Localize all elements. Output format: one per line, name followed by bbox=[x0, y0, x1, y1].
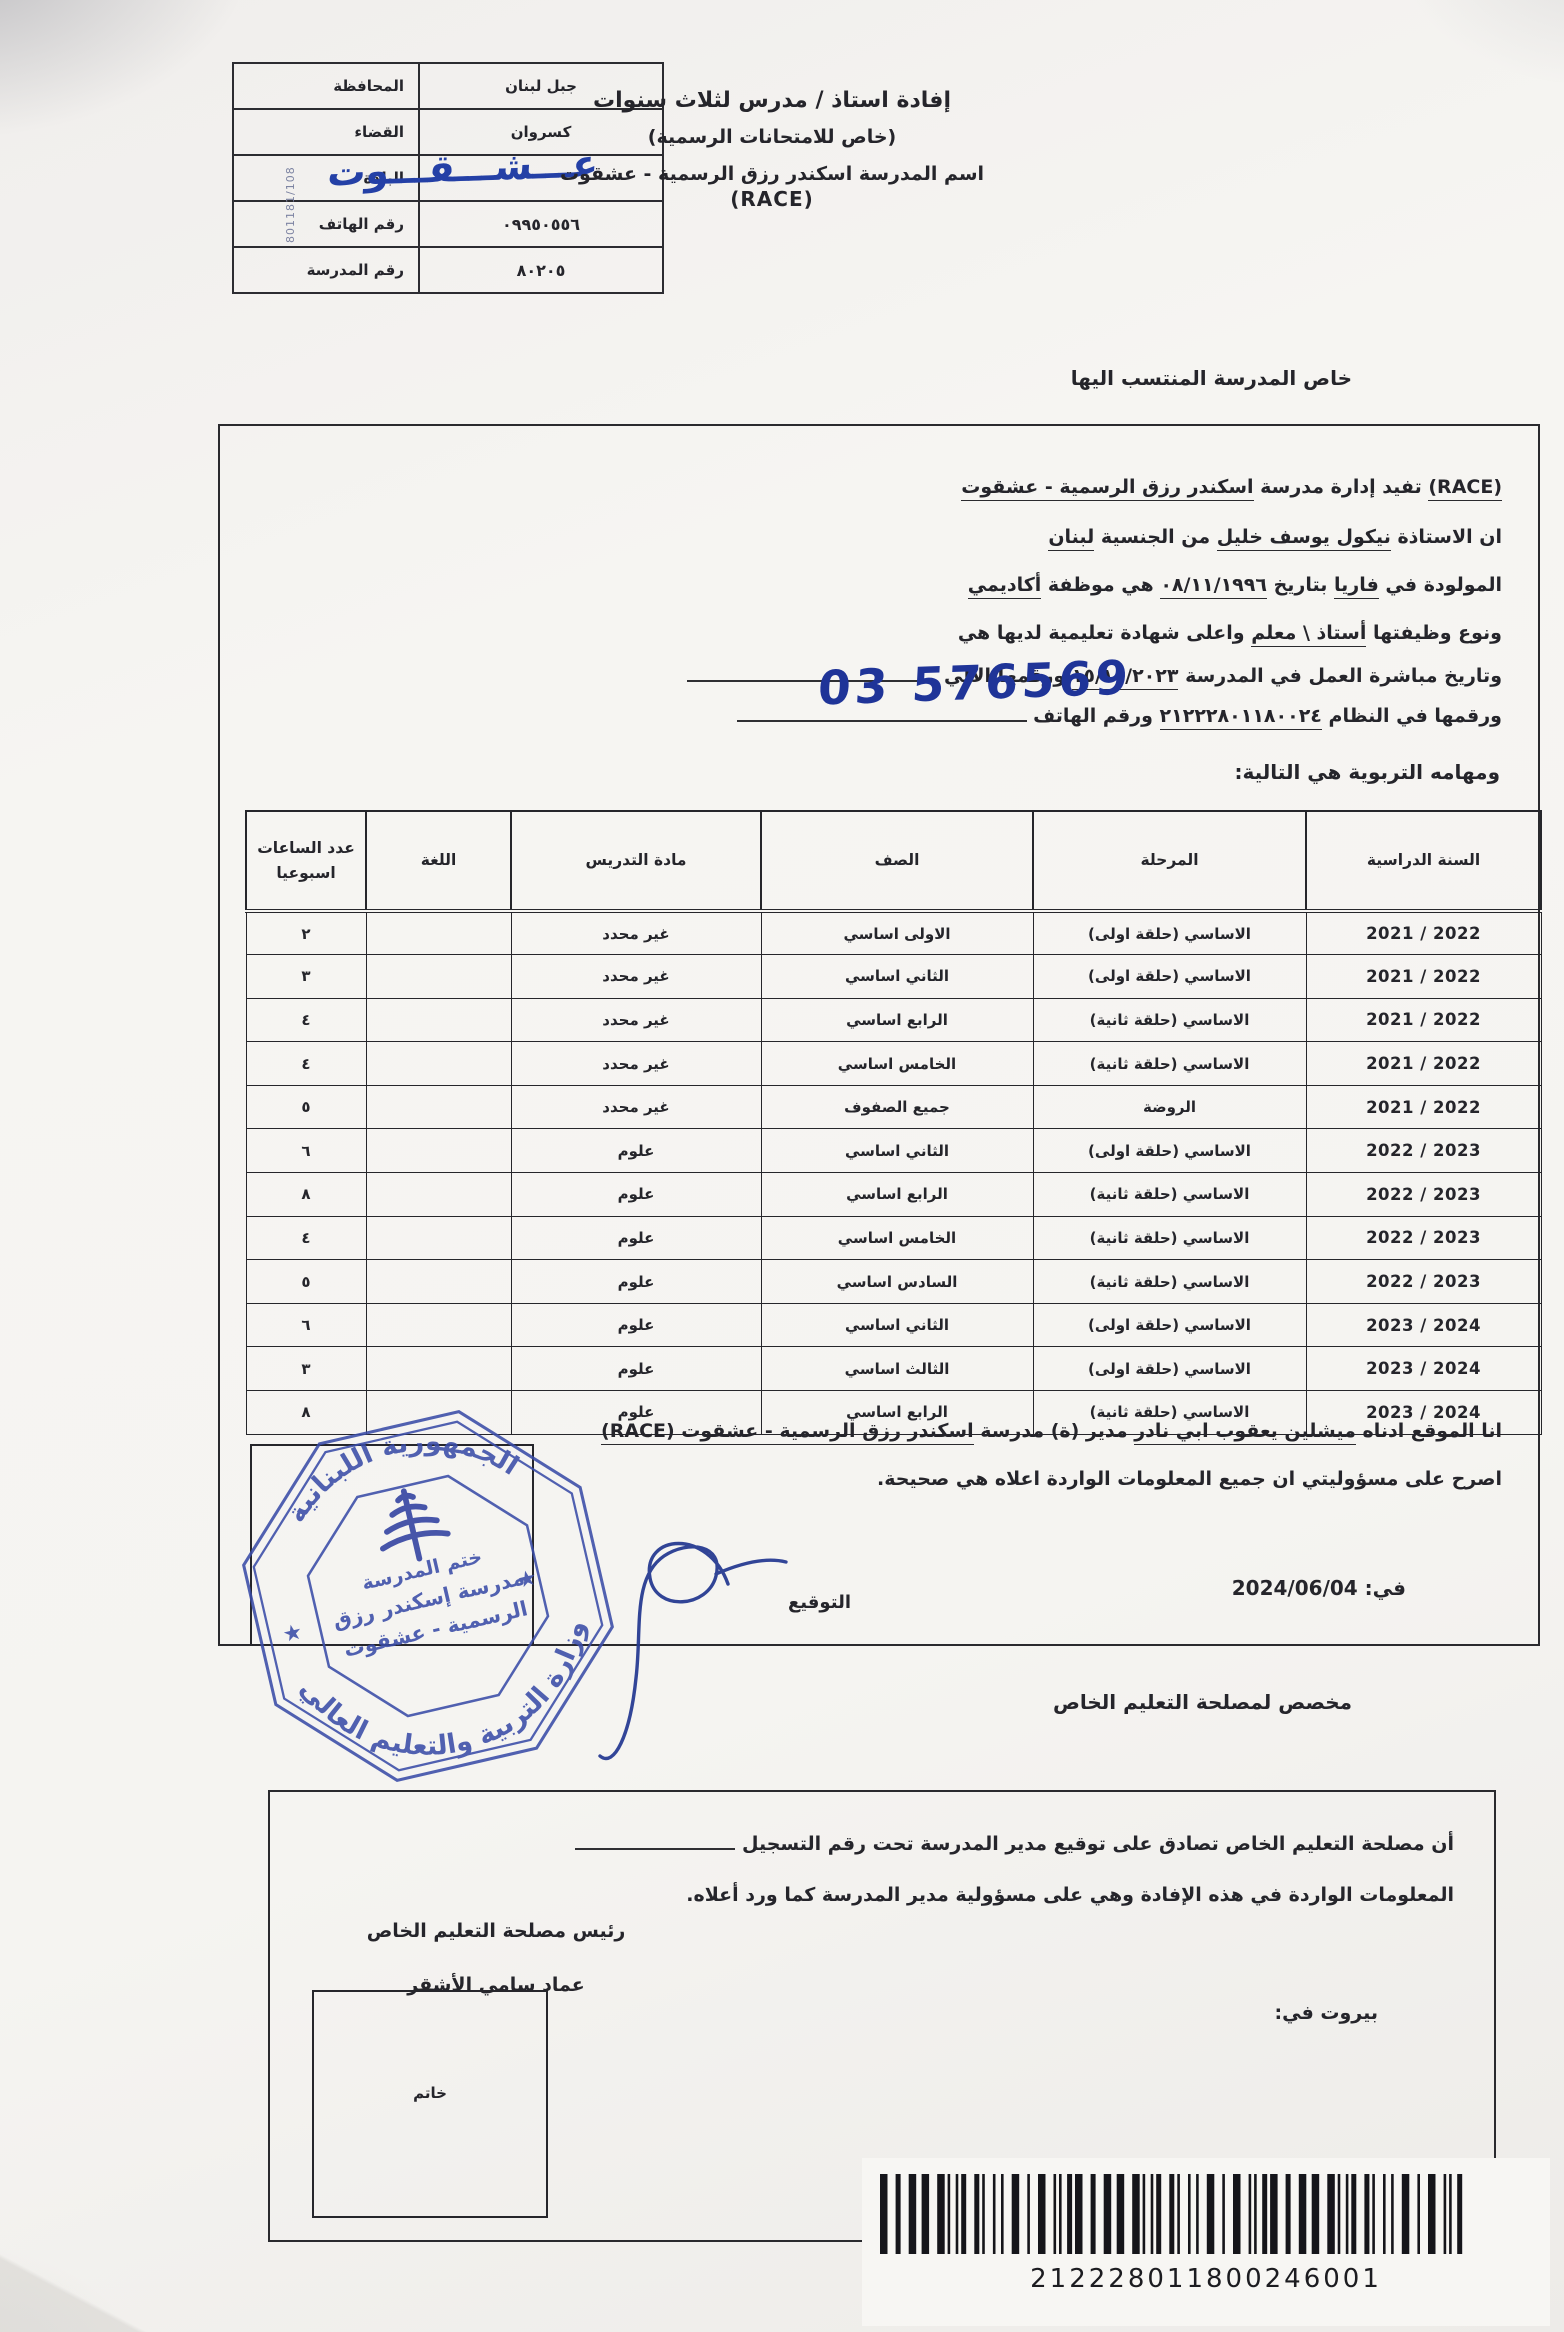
race-acronym: (RACE) bbox=[1428, 476, 1502, 501]
certificate-text: ورقمها في النظام bbox=[1322, 705, 1502, 727]
table-cell: ٤ bbox=[246, 1216, 366, 1260]
header-subject: مادة التدريس bbox=[511, 811, 761, 911]
table-cell: ٦ bbox=[246, 1129, 366, 1173]
duties-table: السنة الدراسية المرحلة الصف مادة التدريس… bbox=[245, 810, 1542, 1435]
table-cell: الخامس اساسي bbox=[761, 1216, 1033, 1260]
info-label: رقم الهاتف bbox=[233, 201, 419, 247]
table-cell: الاساسي (حلقة اولى) bbox=[1033, 1129, 1306, 1173]
table-cell: ٤ bbox=[246, 1042, 366, 1086]
table-cell: ٤ bbox=[246, 998, 366, 1042]
table-cell: السادس اساسي bbox=[761, 1260, 1033, 1304]
table-cell bbox=[366, 1260, 511, 1304]
header-stage: المرحلة bbox=[1033, 811, 1306, 911]
private-education-heading: مخصص لمصلحة التعليم الخاص bbox=[1053, 1690, 1352, 1714]
table-cell: غير محدد bbox=[511, 955, 761, 999]
system-number: ٢١٢٢٢٨٠١١٨٠٠٢٤ bbox=[1160, 705, 1322, 730]
info-label: رقم المدرسة bbox=[233, 247, 419, 293]
table-cell: الخامس اساسي bbox=[761, 1042, 1033, 1086]
chief-title: رئيس مصلحة التعليم الخاص bbox=[326, 1920, 666, 1942]
table-cell: ٥ bbox=[246, 1260, 366, 1304]
table-cell: 2022 / 2023 bbox=[1306, 1216, 1541, 1260]
table-cell: 2021 / 2022 bbox=[1306, 1085, 1541, 1129]
declaration-line-2: اصرح على مسؤوليتي ان جميع المعلومات الوا… bbox=[877, 1468, 1502, 1490]
seal-box: خاتم bbox=[312, 1990, 548, 2218]
birth-place: فاريا bbox=[1334, 574, 1379, 599]
table-cell: الاساسي (حلقة اولى) bbox=[1033, 911, 1306, 955]
table-cell: ٣ bbox=[246, 955, 366, 999]
table-cell: ٢ bbox=[246, 911, 366, 955]
table-cell bbox=[366, 955, 511, 999]
seal-label: خاتم bbox=[314, 2084, 546, 2102]
table-cell: علوم bbox=[511, 1129, 761, 1173]
approval-line-2: المعلومات الواردة في هذه الإفادة وهي على… bbox=[686, 1884, 1454, 1906]
table-cell: ٥ bbox=[246, 1085, 366, 1129]
table-cell: الاولى اساسي bbox=[761, 911, 1033, 955]
employee-type: أكاديمي bbox=[968, 574, 1042, 599]
table-cell: ٣ bbox=[246, 1347, 366, 1391]
star-icon: ★ bbox=[280, 1619, 305, 1648]
school-name-title: اسم المدرسة اسكندر رزق الرسمية - عشقوت bbox=[452, 163, 1092, 185]
table-row: ٨٠٢٠٥ رقم المدرسة bbox=[233, 247, 663, 293]
date-line: في: 2024/06/04 bbox=[1232, 1576, 1406, 1600]
barcode: 212228011800246001 bbox=[862, 2158, 1550, 2326]
certificate-text: ونوع وظيفتها bbox=[1366, 622, 1502, 644]
approval-line-1: أن مصلحة التعليم الخاص تصادق على توقيع م… bbox=[575, 1830, 1454, 1855]
table-row: 2022 / 2023الاساسي (حلقة اولى)الثاني اسا… bbox=[246, 1129, 1541, 1173]
table-cell: الثاني اساسي bbox=[761, 1303, 1033, 1347]
table-cell: الرابع اساسي bbox=[761, 998, 1033, 1042]
table-cell: الاساسي (حلقة ثانية) bbox=[1033, 1042, 1306, 1086]
certificate-text: ان الاستاذة bbox=[1391, 526, 1502, 548]
table-cell: 2021 / 2022 bbox=[1306, 911, 1541, 955]
birth-date: ٠٨/١١/١٩٩٦ bbox=[1160, 574, 1267, 599]
signature-label: التوقيع bbox=[788, 1592, 851, 1613]
scanned-certificate-page: جبل لبنان المحافظة كسروان القضاء البلدة … bbox=[0, 0, 1564, 2332]
table-cell: الروضة bbox=[1033, 1085, 1306, 1129]
barcode-bars bbox=[876, 2174, 1536, 2254]
job-title: أستاذ \ معلم bbox=[1251, 622, 1366, 647]
table-cell: علوم bbox=[511, 1303, 761, 1347]
page-corner-shadow bbox=[0, 2252, 150, 2332]
table-cell bbox=[366, 1042, 511, 1086]
header-class: الصف bbox=[761, 811, 1033, 911]
principal-name: ميشلين يعقوب ابي نادر bbox=[1134, 1420, 1356, 1445]
table-cell bbox=[366, 1173, 511, 1217]
table-cell: علوم bbox=[511, 1173, 761, 1217]
certificate-text: المولودة في bbox=[1379, 574, 1502, 596]
table-cell bbox=[366, 1085, 511, 1129]
school-name-underlined: اسكندر رزق الرسمية - عشقوت bbox=[961, 476, 1253, 501]
certificate-text: تفيد إدارة مدرسة bbox=[1254, 476, 1429, 498]
table-cell: ٨ bbox=[246, 1173, 366, 1217]
table-cell: جميع الصفوف bbox=[761, 1085, 1033, 1129]
table-row: 2023 / 2024الاساسي (حلقة اولى)الثاني اسا… bbox=[246, 1303, 1541, 1347]
table-cell: غير محدد bbox=[511, 1042, 761, 1086]
table-cell: الاساسي (حلقة اولى) bbox=[1033, 955, 1306, 999]
header-weekly-hours: عدد الساعات اسبوعيا bbox=[246, 811, 366, 911]
table-cell: الاساسي (حلقة اولى) bbox=[1033, 1347, 1306, 1391]
handwritten-phone-number: 03 576569 bbox=[817, 650, 1134, 716]
table-cell bbox=[366, 1303, 511, 1347]
reference-code-vertical: 801181/108 bbox=[284, 166, 297, 243]
declaration-text: انا الموقع ادناه bbox=[1356, 1420, 1502, 1442]
table-cell: 2022 / 2023 bbox=[1306, 1173, 1541, 1217]
certificate-line-1: (RACE) تفيد إدارة مدرسة اسكندر رزق الرسم… bbox=[961, 476, 1502, 498]
document-title-block: إفادة استاذ / مدرس لثلاث سنوات (خاص للام… bbox=[452, 88, 1092, 211]
table-cell: 2021 / 2022 bbox=[1306, 998, 1541, 1042]
table-row: 2021 / 2022الاساسي (حلقة ثانية)الخامس اس… bbox=[246, 1042, 1541, 1086]
barcode-number: 212228011800246001 bbox=[862, 2264, 1550, 2294]
certificate-text: وتاريخ مباشرة العمل في المدرسة bbox=[1178, 665, 1502, 687]
header-language: اللغة bbox=[366, 811, 511, 911]
info-value-school-number: ٨٠٢٠٥ bbox=[419, 247, 663, 293]
certificate-text: بتاريخ bbox=[1267, 574, 1334, 596]
table-row: 2022 / 2023الاساسي (حلقة ثانية)الخامس اس… bbox=[246, 1216, 1541, 1260]
approval-text: أن مصلحة التعليم الخاص تصادق على توقيع م… bbox=[742, 1833, 1454, 1855]
table-row: 2021 / 2022الروضةجميع الصفوفغير محدد٥ bbox=[246, 1085, 1541, 1129]
nationality: لبنان bbox=[1048, 526, 1094, 551]
table-cell: الثالث اساسي bbox=[761, 1347, 1033, 1391]
table-row: 2023 / 2024الاساسي (حلقة اولى)الثالث اسا… bbox=[246, 1347, 1541, 1391]
certificate-line-2: ان الاستاذة نيكول يوسف خليل من الجنسية ل… bbox=[1048, 526, 1502, 548]
certificate-line-4: ونوع وظيفتها أستاذ \ معلم واعلى شهادة تع… bbox=[958, 622, 1502, 644]
date-value: 2024/06/04 bbox=[1232, 1576, 1358, 1600]
table-cell: الثاني اساسي bbox=[761, 1129, 1033, 1173]
table-cell: الاساسي (حلقة ثانية) bbox=[1033, 998, 1306, 1042]
header-school-year: السنة الدراسية bbox=[1306, 811, 1541, 911]
table-row: 2021 / 2022الاساسي (حلقة ثانية)الرابع اس… bbox=[246, 998, 1541, 1042]
blank-field-line bbox=[575, 1830, 735, 1850]
duties-intro-heading: ومهامه التربوية هي التالية: bbox=[1234, 760, 1500, 784]
certificate-text: واعلى شهادة تعليمية لديها هي bbox=[958, 622, 1251, 644]
table-cell: غير محدد bbox=[511, 998, 761, 1042]
table-cell: الاساسي (حلقة ثانية) bbox=[1033, 1216, 1306, 1260]
date-label: في: bbox=[1365, 1576, 1406, 1600]
document-title: إفادة استاذ / مدرس لثلاث سنوات bbox=[452, 88, 1092, 113]
table-cell: علوم bbox=[511, 1260, 761, 1304]
certificate-text: من الجنسية bbox=[1094, 526, 1216, 548]
table-cell: 2021 / 2022 bbox=[1306, 955, 1541, 999]
table-cell bbox=[366, 998, 511, 1042]
certificate-text: هي موظفة bbox=[1041, 574, 1160, 596]
table-cell: غير محدد bbox=[511, 1085, 761, 1129]
table-row: 2021 / 2022الاساسي (حلقة اولى)الثاني اسا… bbox=[246, 955, 1541, 999]
table-cell: الاساسي (حلقة ثانية) bbox=[1033, 1260, 1306, 1304]
info-label: المحافظة bbox=[233, 63, 419, 109]
table-cell: غير محدد bbox=[511, 911, 761, 955]
table-cell: الرابع اساسي bbox=[761, 1173, 1033, 1217]
teacher-name: نيكول يوسف خليل bbox=[1217, 526, 1391, 551]
table-row: 2022 / 2023الاساسي (حلقة ثانية)الرابع اس… bbox=[246, 1173, 1541, 1217]
city-date-label: بيروت في: bbox=[1275, 2002, 1379, 2024]
declaration-text: مدير (ة) مدرسة bbox=[974, 1420, 1135, 1442]
table-cell bbox=[366, 1216, 511, 1260]
table-cell bbox=[366, 1129, 511, 1173]
table-cell: الاساسي (حلقة ثانية) bbox=[1033, 1173, 1306, 1217]
table-row: 2022 / 2023الاساسي (حلقة ثانية)السادس اس… bbox=[246, 1260, 1541, 1304]
table-cell: 2022 / 2023 bbox=[1306, 1129, 1541, 1173]
table-header-row: السنة الدراسية المرحلة الصف مادة التدريس… bbox=[246, 811, 1541, 911]
table-cell: 2021 / 2022 bbox=[1306, 1042, 1541, 1086]
declaration-line-1: انا الموقع ادناه ميشلين يعقوب ابي نادر م… bbox=[601, 1420, 1502, 1442]
section-heading-school: خاص المدرسة المنتسب اليها bbox=[1071, 366, 1352, 390]
school-acronym: (RACE) bbox=[452, 187, 1092, 211]
table-cell: 2023 / 2024 bbox=[1306, 1303, 1541, 1347]
table-cell: ٦ bbox=[246, 1303, 366, 1347]
table-cell bbox=[366, 911, 511, 955]
table-cell: 2023 / 2024 bbox=[1306, 1347, 1541, 1391]
document-subtitle: (خاص للامتحانات الرسمية) bbox=[452, 126, 1092, 148]
certificate-line-3: المولودة في فاريا بتاريخ ٠٨/١١/١٩٩٦ هي م… bbox=[968, 574, 1502, 596]
table-row: 2021 / 2022الاساسي (حلقة اولى)الاولى اسا… bbox=[246, 911, 1541, 955]
table-cell: علوم bbox=[511, 1216, 761, 1260]
table-cell: 2022 / 2023 bbox=[1306, 1260, 1541, 1304]
table-cell: الاساسي (حلقة اولى) bbox=[1033, 1303, 1306, 1347]
school-name-underlined: اسكندر رزق الرسمية - عشقوت (RACE) bbox=[601, 1420, 974, 1445]
table-cell: الثاني اساسي bbox=[761, 955, 1033, 999]
